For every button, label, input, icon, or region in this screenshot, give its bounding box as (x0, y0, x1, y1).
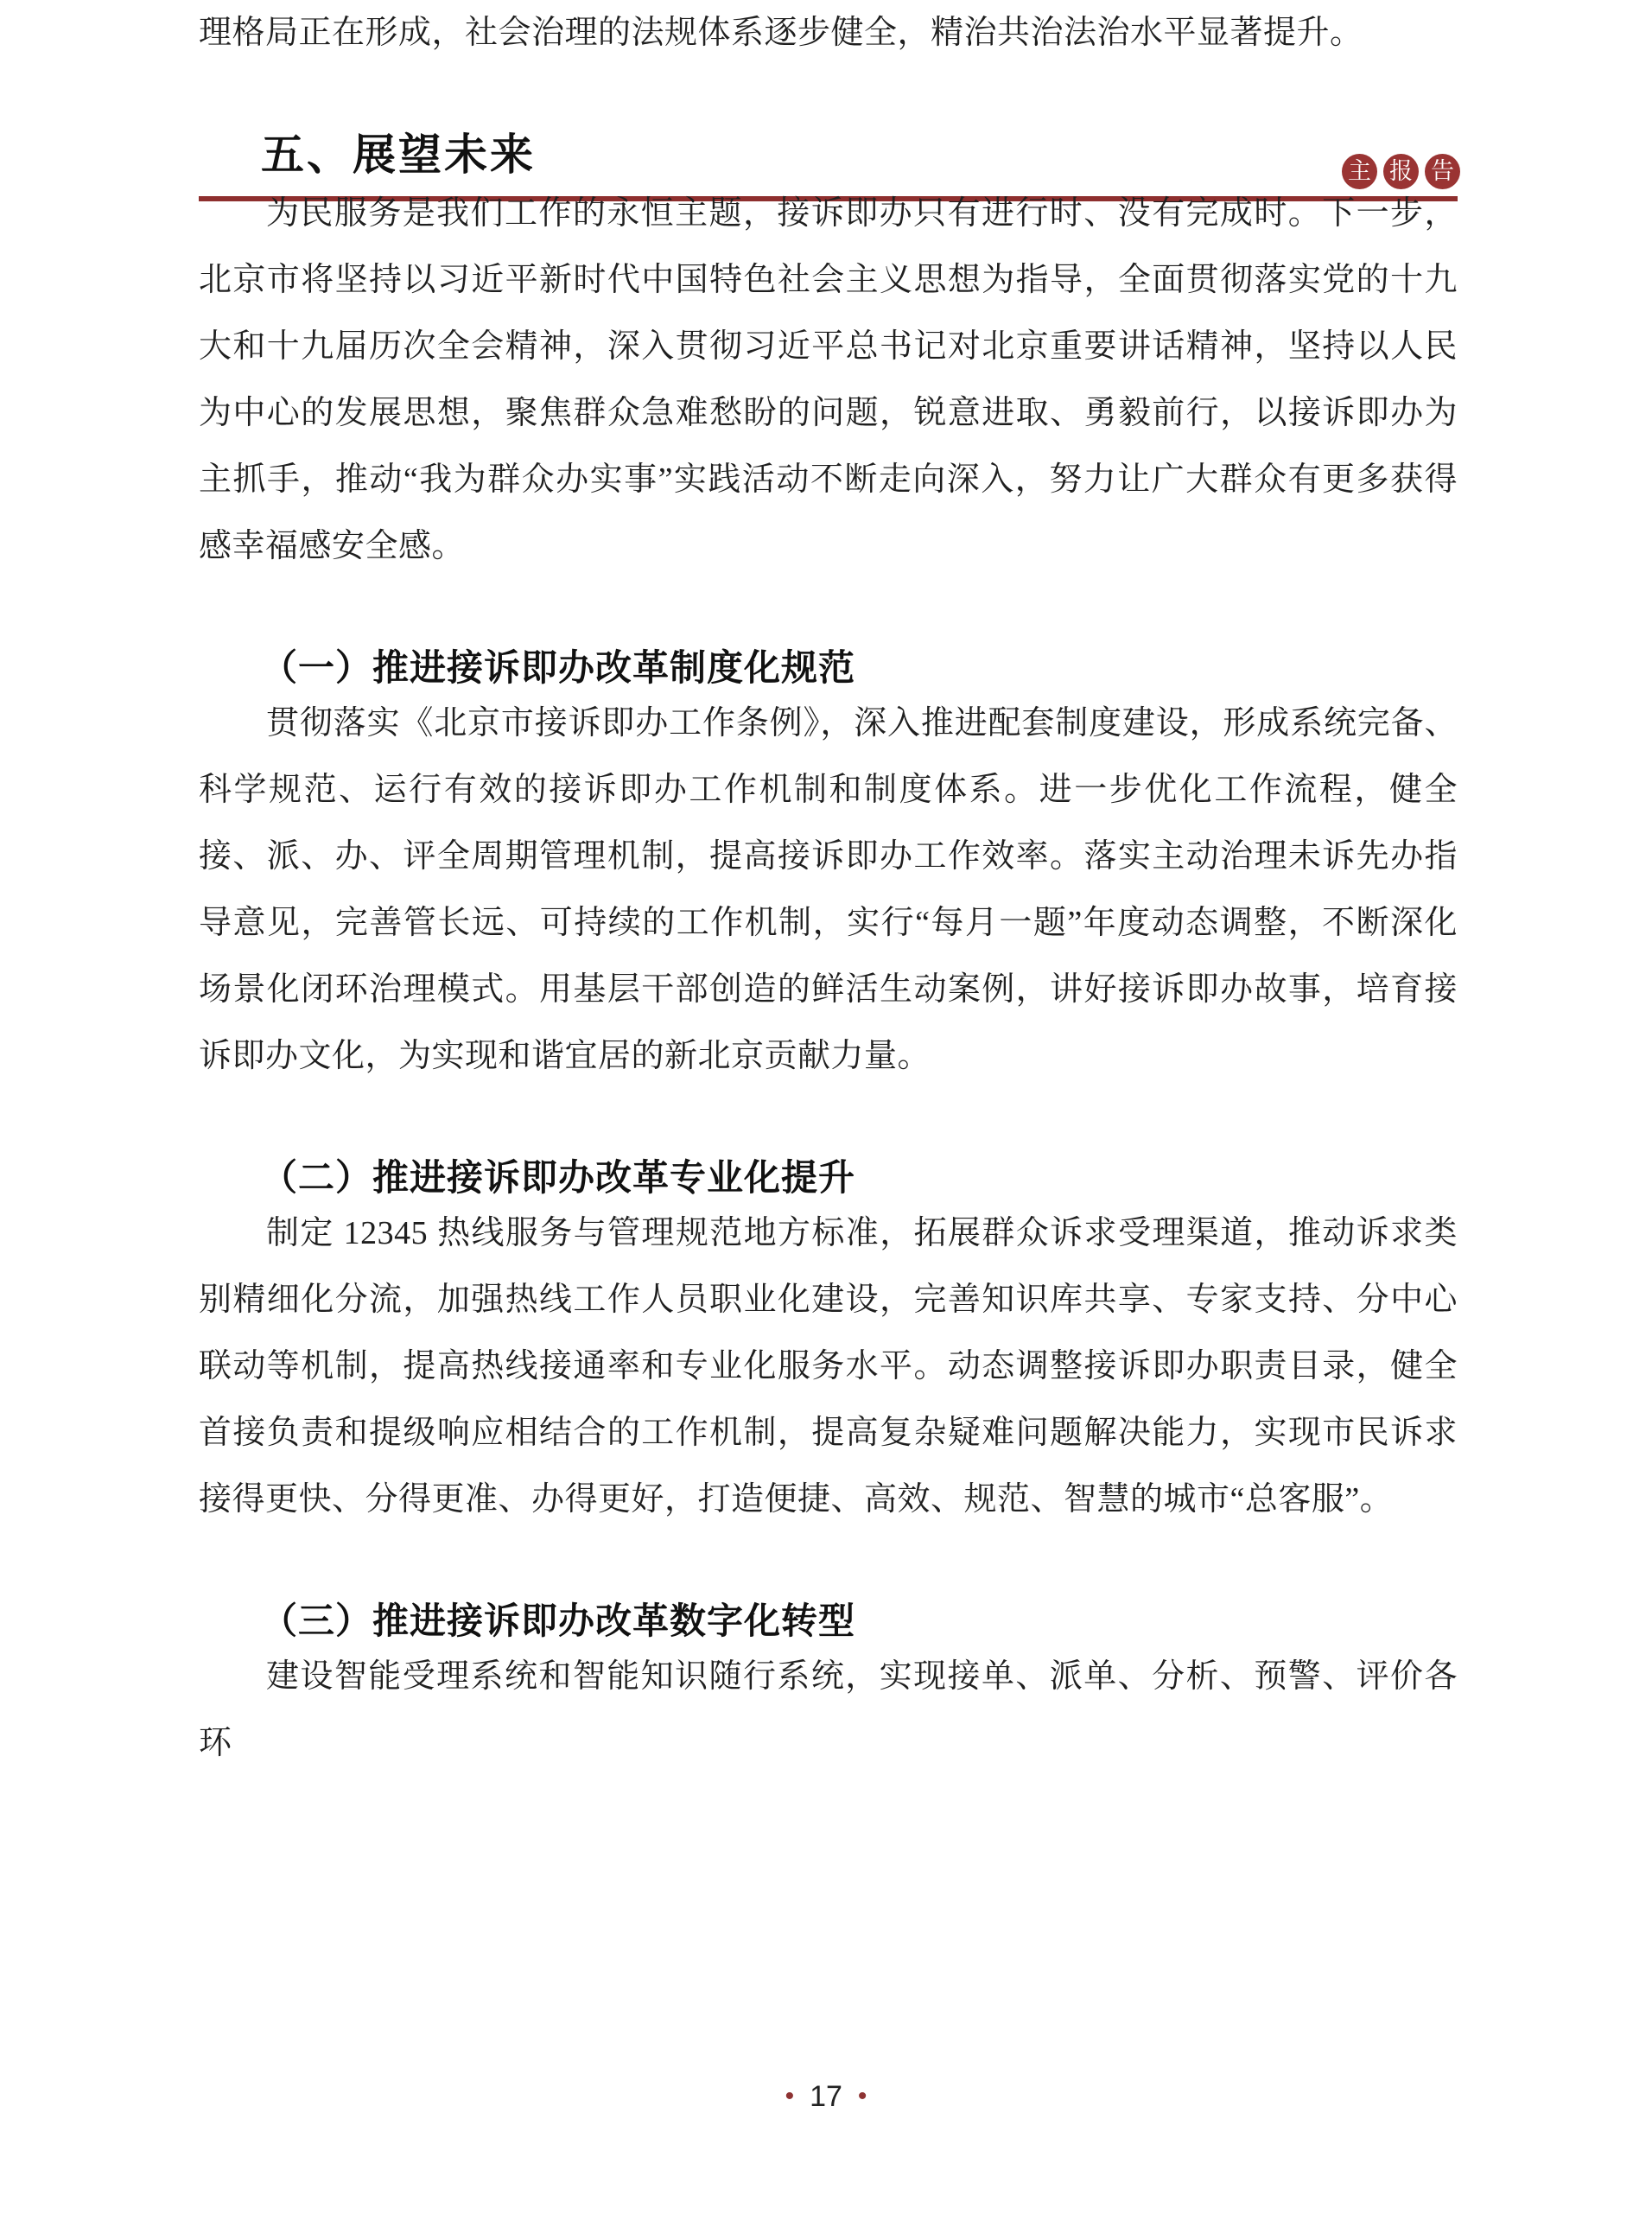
continuation-paragraph: 理格局正在形成，社会治理的法规体系逐步健全，精治共治法治水平显著提升。 (199, 0, 1458, 67)
subsection-2-paragraph: 制定 12345 热线服务与管理规范地方标准，拓展群众诉求受理渠道，推动诉求类别… (199, 1200, 1458, 1533)
page-footer: •17• (0, 2076, 1652, 2117)
subsection-1-paragraph: 贯彻落实《北京市接诉即办工作条例》，深入推进配套制度建设，形成系统完备、科学规范… (199, 690, 1458, 1090)
section-intro-paragraph: 为民服务是我们工作的永恒主题，接诉即办只有进行时、没有完成时。下一步，北京市将坚… (199, 181, 1458, 580)
document-page: 主 报 告 理格局正在形成，社会治理的法规体系逐步健全，精治共治法治水平显著提升… (0, 0, 1652, 2240)
footer-left-dot-icon: • (785, 2082, 795, 2110)
subsection-2-heading: （二）推进接诉即办改革专业化提升 (199, 1155, 1458, 1200)
subsection-3-paragraph: 建设智能受理系统和智能知识随行系统，实现接单、派单、分析、预警、评价各环 (199, 1644, 1458, 1777)
page-number: 17 (810, 2076, 842, 2117)
footer-right-dot-icon: • (858, 2082, 867, 2110)
subsection-3-heading: （三）推进接诉即办改革数字化转型 (199, 1599, 1458, 1644)
subsection-1-heading: （一）推进接诉即办改革制度化规范 (199, 646, 1458, 690)
section-heading: 五、展望未来 (199, 129, 1458, 181)
page-content: 理格局正在形成，社会治理的法规体系逐步健全，精治共治法治水平显著提升。 五、展望… (199, 0, 1458, 1777)
